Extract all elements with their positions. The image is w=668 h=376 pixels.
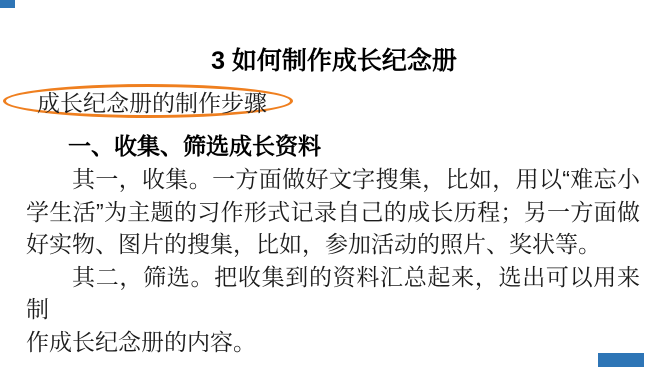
paragraph-2-line-1: 其二，筛选。把收集到的资料汇总起来，选出可以用来制 — [26, 261, 640, 326]
body-text: 其一，收集。一方面做好文字搜集，比如，用以“难忘小 学生活”为主题的习作形式记录… — [26, 163, 640, 358]
paragraph-1-line-3: 好实物、图片的搜集，比如，参加活动的照片、奖状等。 — [26, 228, 640, 261]
subtitle-oval: 成长纪念册的制作步骤 — [3, 84, 293, 118]
section-heading: 一、收集、筛选成长资料 — [68, 133, 321, 160]
subtitle-text: 成长纪念册的制作步骤 — [6, 85, 267, 118]
paragraph-2-line-2: 作成长纪念册的内容。 — [26, 326, 640, 359]
decor-bar-top-left — [0, 0, 15, 8]
paragraph-1-line-2: 学生活”为主题的习作形式记录自己的成长历程；另一方面做 — [26, 196, 640, 229]
slide-title: 3 如何制作成长纪念册 — [0, 47, 668, 75]
paragraph-1-line-1: 其一，收集。一方面做好文字搜集，比如，用以“难忘小 — [26, 163, 640, 196]
slide: 3 如何制作成长纪念册 成长纪念册的制作步骤 一、收集、筛选成长资料 其一，收集… — [0, 0, 668, 376]
